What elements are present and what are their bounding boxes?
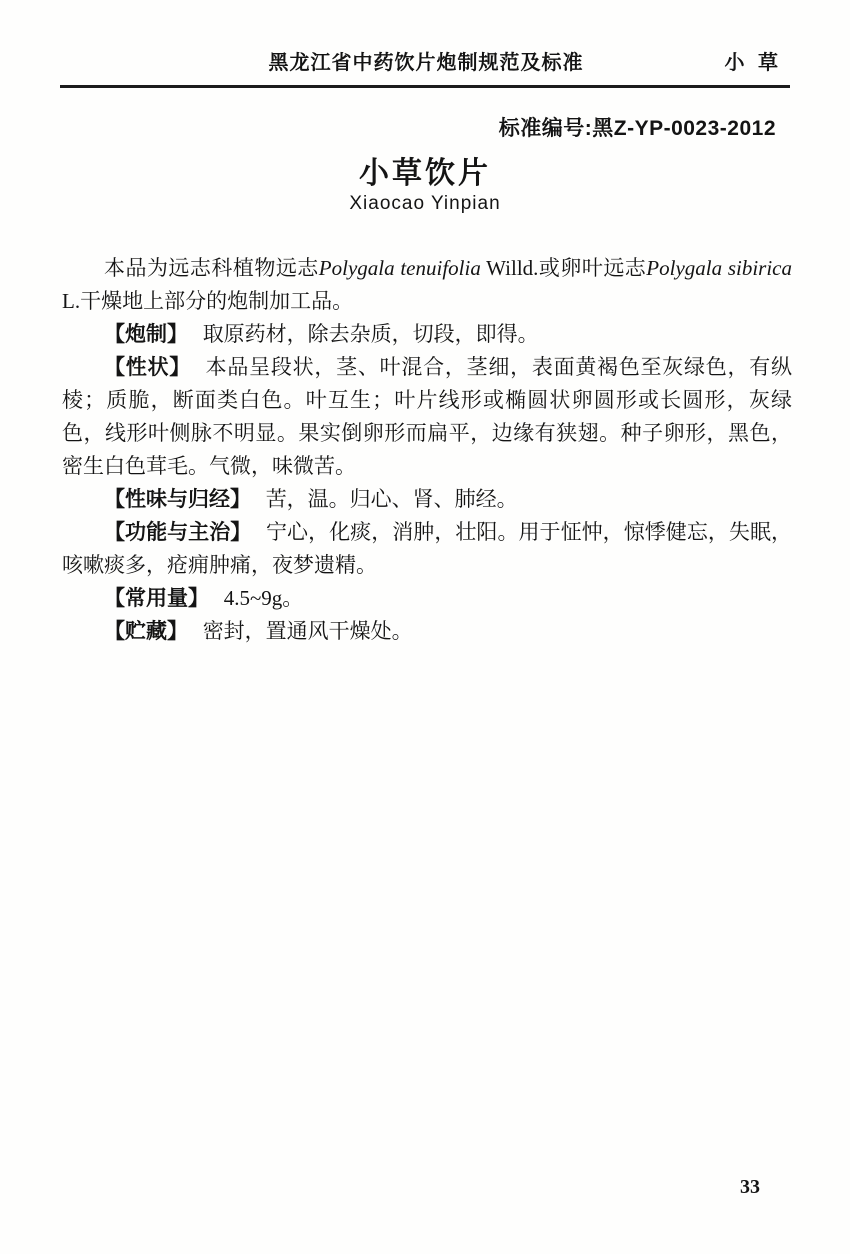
running-head: 黑龙江省中药饮片炮制规范及标准 小 草 <box>62 46 790 80</box>
section-xingzhuang: 【性状】本品呈段状，茎、叶混合，茎细，表面黄褐色至灰绿色，有纵棱；质脆，断面类白… <box>62 351 792 483</box>
standard-number: 标准编号:黑Z-YP-0023-2012 <box>62 112 776 142</box>
section-text: 苦，温。归心、肾、肺经。 <box>266 487 518 511</box>
intro-text: 本品为远志科植物远志 <box>104 256 319 280</box>
page-title-pinyin: Xiaocao Yinpian <box>0 193 850 215</box>
header-section-label: 小 草 <box>724 46 782 75</box>
section-paozhi: 【炮制】取原药材，除去杂质，切段，即得。 <box>62 318 792 351</box>
header-rule <box>60 85 790 88</box>
intro-text: L.干燥地上部分的炮制加工品。 <box>62 289 353 313</box>
section-label: 【常用量】 <box>104 587 209 610</box>
page-number: 33 <box>740 1176 760 1199</box>
section-text: 取原药材，除去杂质，切段，即得。 <box>203 322 539 346</box>
body-text: 本品为远志科植物远志Polygala tenuifolia Willd.或卵叶远… <box>62 252 792 648</box>
intro-paragraph: 本品为远志科植物远志Polygala tenuifolia Willd.或卵叶远… <box>62 252 792 318</box>
section-changyongliang: 【常用量】4.5~9g。 <box>62 582 792 615</box>
section-text: 4.5~9g。 <box>224 586 304 610</box>
book-title: 黑龙江省中药饮片炮制规范及标准 <box>62 46 790 75</box>
page-title: 小草饮片 <box>0 148 850 192</box>
section-label: 【性状】 <box>104 356 191 379</box>
section-label: 【功能与主治】 <box>104 521 251 544</box>
document-page: 黑龙江省中药饮片炮制规范及标准 小 草 标准编号:黑Z-YP-0023-2012… <box>0 0 850 1254</box>
section-label: 【性味与归经】 <box>104 488 251 511</box>
latin-name-2: Polygala sibirica <box>646 256 792 280</box>
intro-text: Willd.或卵叶远志 <box>481 256 646 280</box>
section-label: 【炮制】 <box>104 323 188 346</box>
latin-name-1: Polygala tenuifolia <box>319 256 481 280</box>
section-label: 【贮藏】 <box>104 620 188 643</box>
section-zhucang: 【贮藏】密封，置通风干燥处。 <box>62 615 792 648</box>
section-xingwei-guijing: 【性味与归经】苦，温。归心、肾、肺经。 <box>62 483 792 516</box>
section-gongneng-zhuzhi: 【功能与主治】宁心，化痰，消肿，壮阳。用于怔忡，惊悸健忘，失眠，咳嗽痰多，疮痈肿… <box>62 516 792 582</box>
section-text: 密封，置通风干燥处。 <box>203 619 413 643</box>
